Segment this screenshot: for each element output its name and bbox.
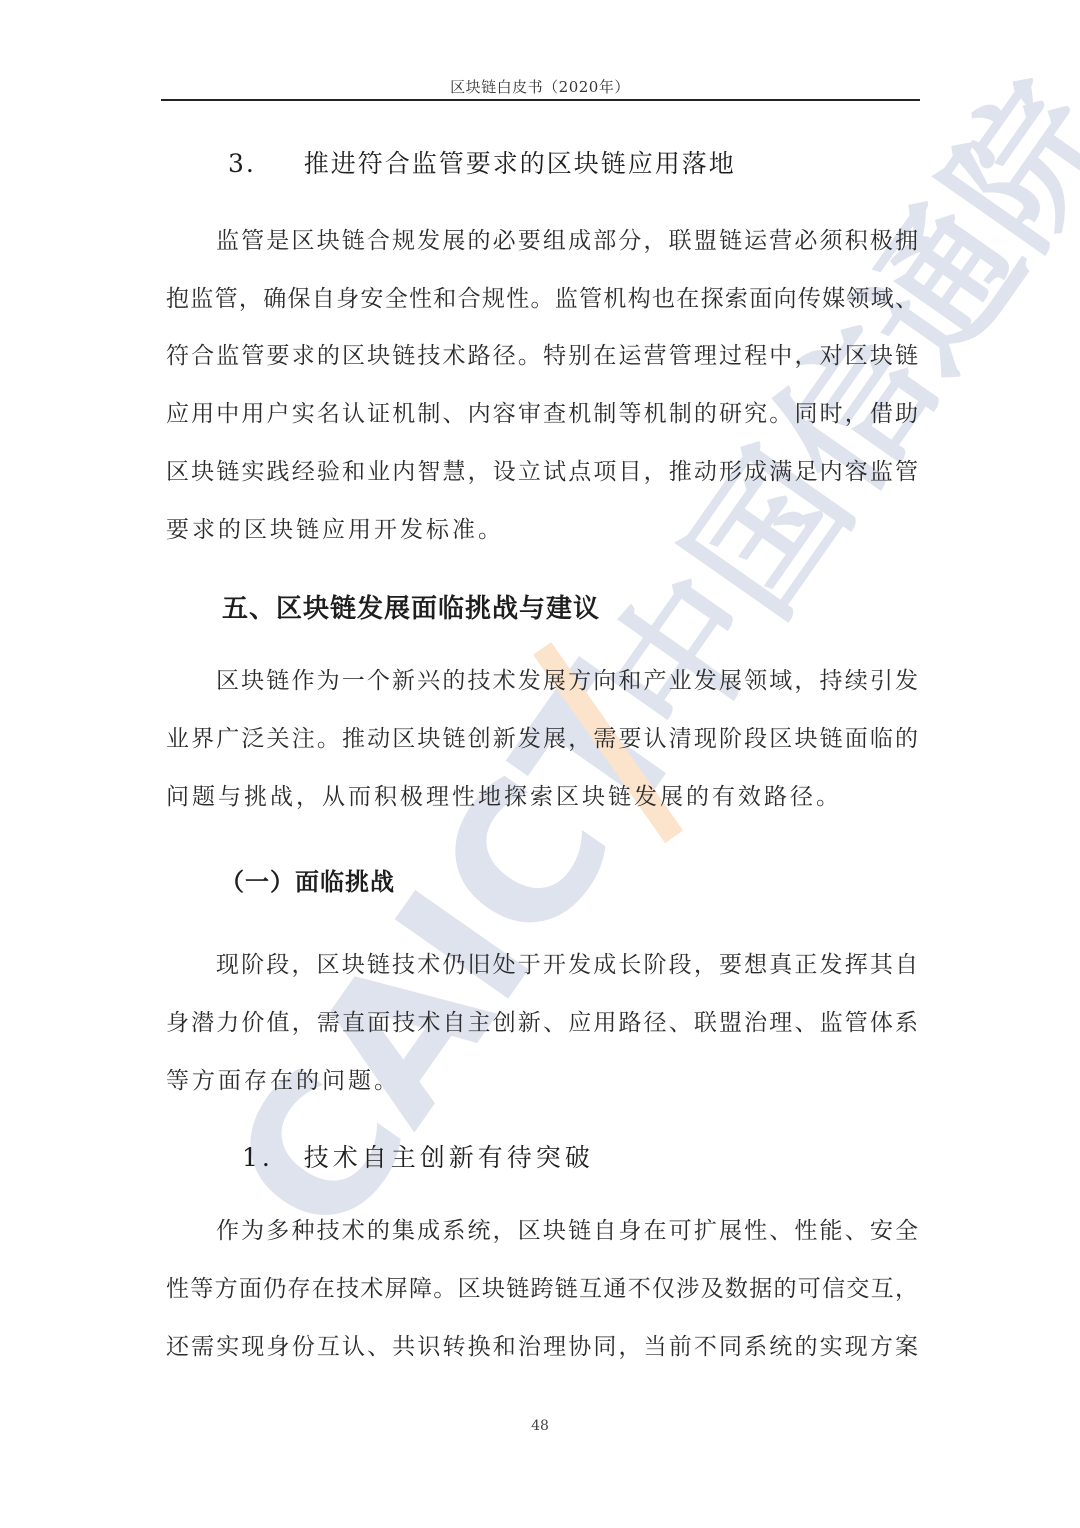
paragraph-line: 性等方面仍存在技术屏障。区块链跨链互通不仅涉及数据的可信交互， (166, 1270, 918, 1303)
paragraph-line: 身潜力价值，需直面技术自主创新、应用路径、联盟治理、监管体系 (166, 1004, 918, 1037)
subsection-1-heading: （一）面临挑战 (220, 862, 395, 897)
paragraph-line: 现阶段，区块链技术仍旧处于开发成长阶段，要想真正发挥其自 (216, 946, 918, 979)
paragraph-line: 等方面存在的问题。 (166, 1062, 918, 1095)
section-3-number: 3. (228, 149, 256, 178)
running-header: 区块链白皮书（2020年） (0, 76, 1080, 97)
paragraph-line: 要求的区块链应用开发标准。 (166, 511, 918, 544)
document-page: 区块链白皮书（2020年） 3. 推进符合监管要求的区块链应用落地 监管是区块链… (0, 0, 1080, 1528)
paragraph-line: 符合监管要求的区块链技术路径。特别在运营管理过程中，对区块链 (166, 337, 918, 370)
section-3-heading: 3. 推进符合监管要求的区块链应用落地 (228, 144, 736, 180)
chapter-5-heading: 五、区块链发展面临挑战与建议 (222, 588, 600, 625)
paragraph-line: 监管是区块链合规发展的必要组成部分，联盟链运营必须积极拥 (216, 222, 918, 255)
paragraph-line: 区块链作为一个新兴的技术发展方向和产业发展领域，持续引发 (216, 662, 918, 695)
item-1-title: 技术自主创新有待突破 (304, 1143, 594, 1172)
paragraph-line: 作为多种技术的集成系统，区块链自身在可扩展性、性能、安全 (216, 1212, 918, 1245)
paragraph-line: 问题与挑战，从而积极理性地探索区块链发展的有效路径。 (166, 778, 918, 811)
paragraph-line: 应用中用户实名认证机制、内容审查机制等机制的研究。同时，借助 (166, 395, 918, 428)
paragraph-line: 业界广泛关注。推动区块链创新发展，需要认清现阶段区块链面临的 (166, 720, 918, 753)
section-3-title: 推进符合监管要求的区块链应用落地 (304, 149, 736, 178)
page-number: 48 (0, 1418, 1080, 1434)
paragraph-line: 区块链实践经验和业内智慧，设立试点项目，推动形成满足内容监管 (166, 453, 918, 486)
paragraph-line: 抱监管，确保自身安全性和合规性。监管机构也在探索面向传媒领域、 (166, 280, 918, 313)
item-1-heading: 1. 技术自主创新有待突破 (242, 1138, 594, 1174)
item-1-number: 1. (242, 1143, 274, 1172)
paragraph-line: 还需实现身份互认、共识转换和治理协同，当前不同系统的实现方案 (166, 1328, 918, 1361)
header-divider (161, 99, 920, 101)
